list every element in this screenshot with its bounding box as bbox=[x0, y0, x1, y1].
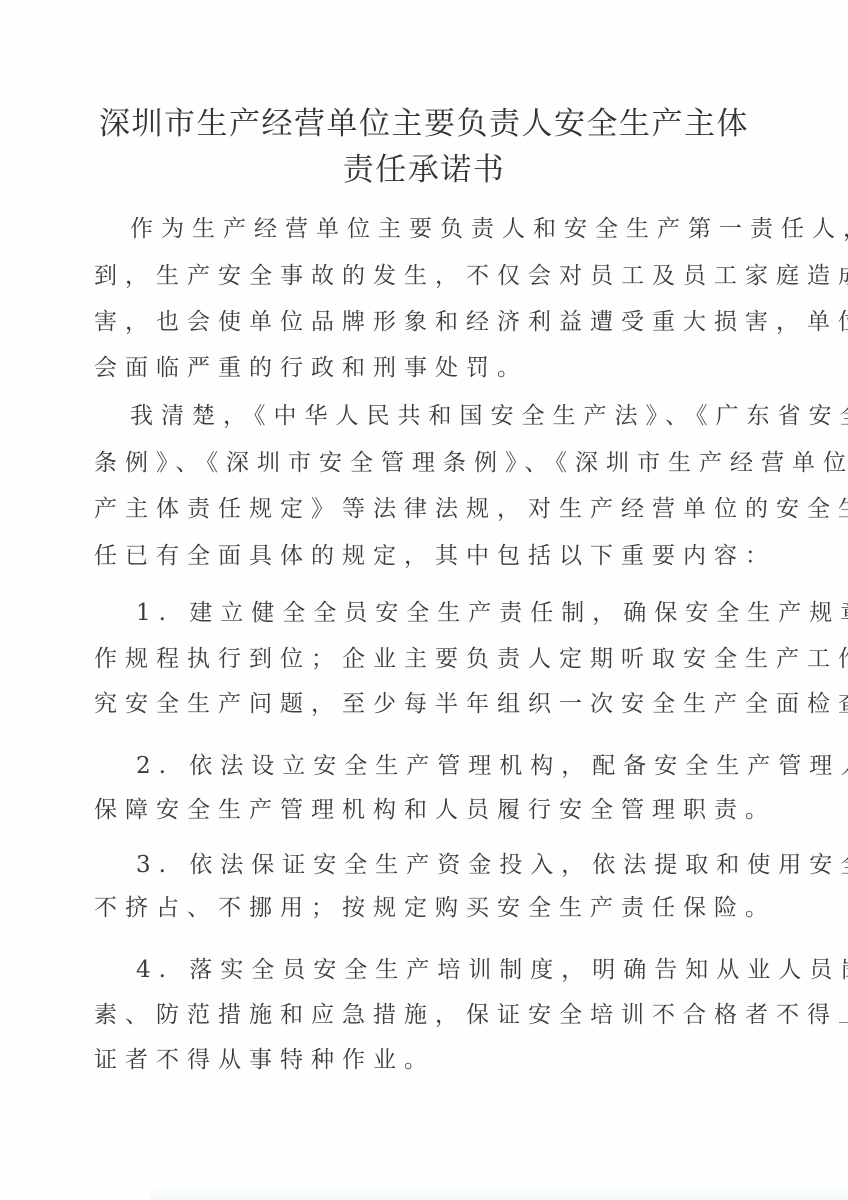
document-title-line-2: 责任承诺书 bbox=[0, 152, 848, 188]
paragraph-line: 害，也会使单位品牌形象和经济利益遭受重大损害，单位负责人还 bbox=[94, 307, 758, 337]
scan-artifact bbox=[150, 1186, 848, 1200]
list-item-line: 证者不得从事特种作业。 bbox=[94, 1045, 758, 1075]
paragraph-line: 我清楚，《中华人民共和国安全生产法》、《广东省安全生产 bbox=[130, 401, 794, 431]
list-item-line: 素、防范措施和应急措施，保证安全培训不合格者不得上岗、未持 bbox=[94, 1000, 758, 1030]
paragraph-line: 作为生产经营单位主要负责人和安全生产第一责任人，我认识 bbox=[130, 214, 794, 244]
list-item-line: 4. 落实全员安全生产培训制度，明确告知从业人员岗位危险因 bbox=[136, 955, 800, 985]
list-item-line: 1. 建立健全全员安全生产责任制，确保安全生产规章制度和操 bbox=[136, 598, 800, 628]
list-item-line: 2. 依法设立安全生产管理机构，配备安全生产管理人员，切实 bbox=[136, 751, 800, 781]
document-page: 深圳市生产经营单位主要负责人安全生产主体 责任承诺书 作为生产经营单位主要负责人… bbox=[0, 0, 848, 1200]
paragraph-line: 会面临严重的行政和刑事处罚。 bbox=[94, 353, 758, 383]
list-item-line: 作规程执行到位；企业主要负责人定期听取安全生产工作报告，研 bbox=[94, 644, 758, 674]
list-item-line: 3. 依法保证安全生产资金投入，依法提取和使用安全生产费用， bbox=[136, 850, 800, 880]
list-item-line: 究安全生产问题，至少每半年组织一次安全生产全面检查。 bbox=[94, 689, 758, 719]
document-title-line-1: 深圳市生产经营单位主要负责人安全生产主体 bbox=[0, 106, 848, 142]
list-item-line: 不挤占、不挪用；按规定购买安全生产责任保险。 bbox=[94, 893, 758, 923]
paragraph-line: 产主体责任规定》等法律法规，对生产经营单位的安全生产主体责 bbox=[94, 494, 758, 524]
paragraph-line: 条例》、《深圳市安全管理条例》、《深圳市生产经营单位安全生 bbox=[94, 448, 758, 478]
list-item-line: 保障安全生产管理机构和人员履行安全管理职责。 bbox=[94, 795, 758, 825]
paragraph-line: 到，生产安全事故的发生，不仅会对员工及员工家庭造成严重的伤 bbox=[94, 261, 758, 291]
paragraph-line: 任已有全面具体的规定，其中包括以下重要内容： bbox=[94, 541, 758, 571]
